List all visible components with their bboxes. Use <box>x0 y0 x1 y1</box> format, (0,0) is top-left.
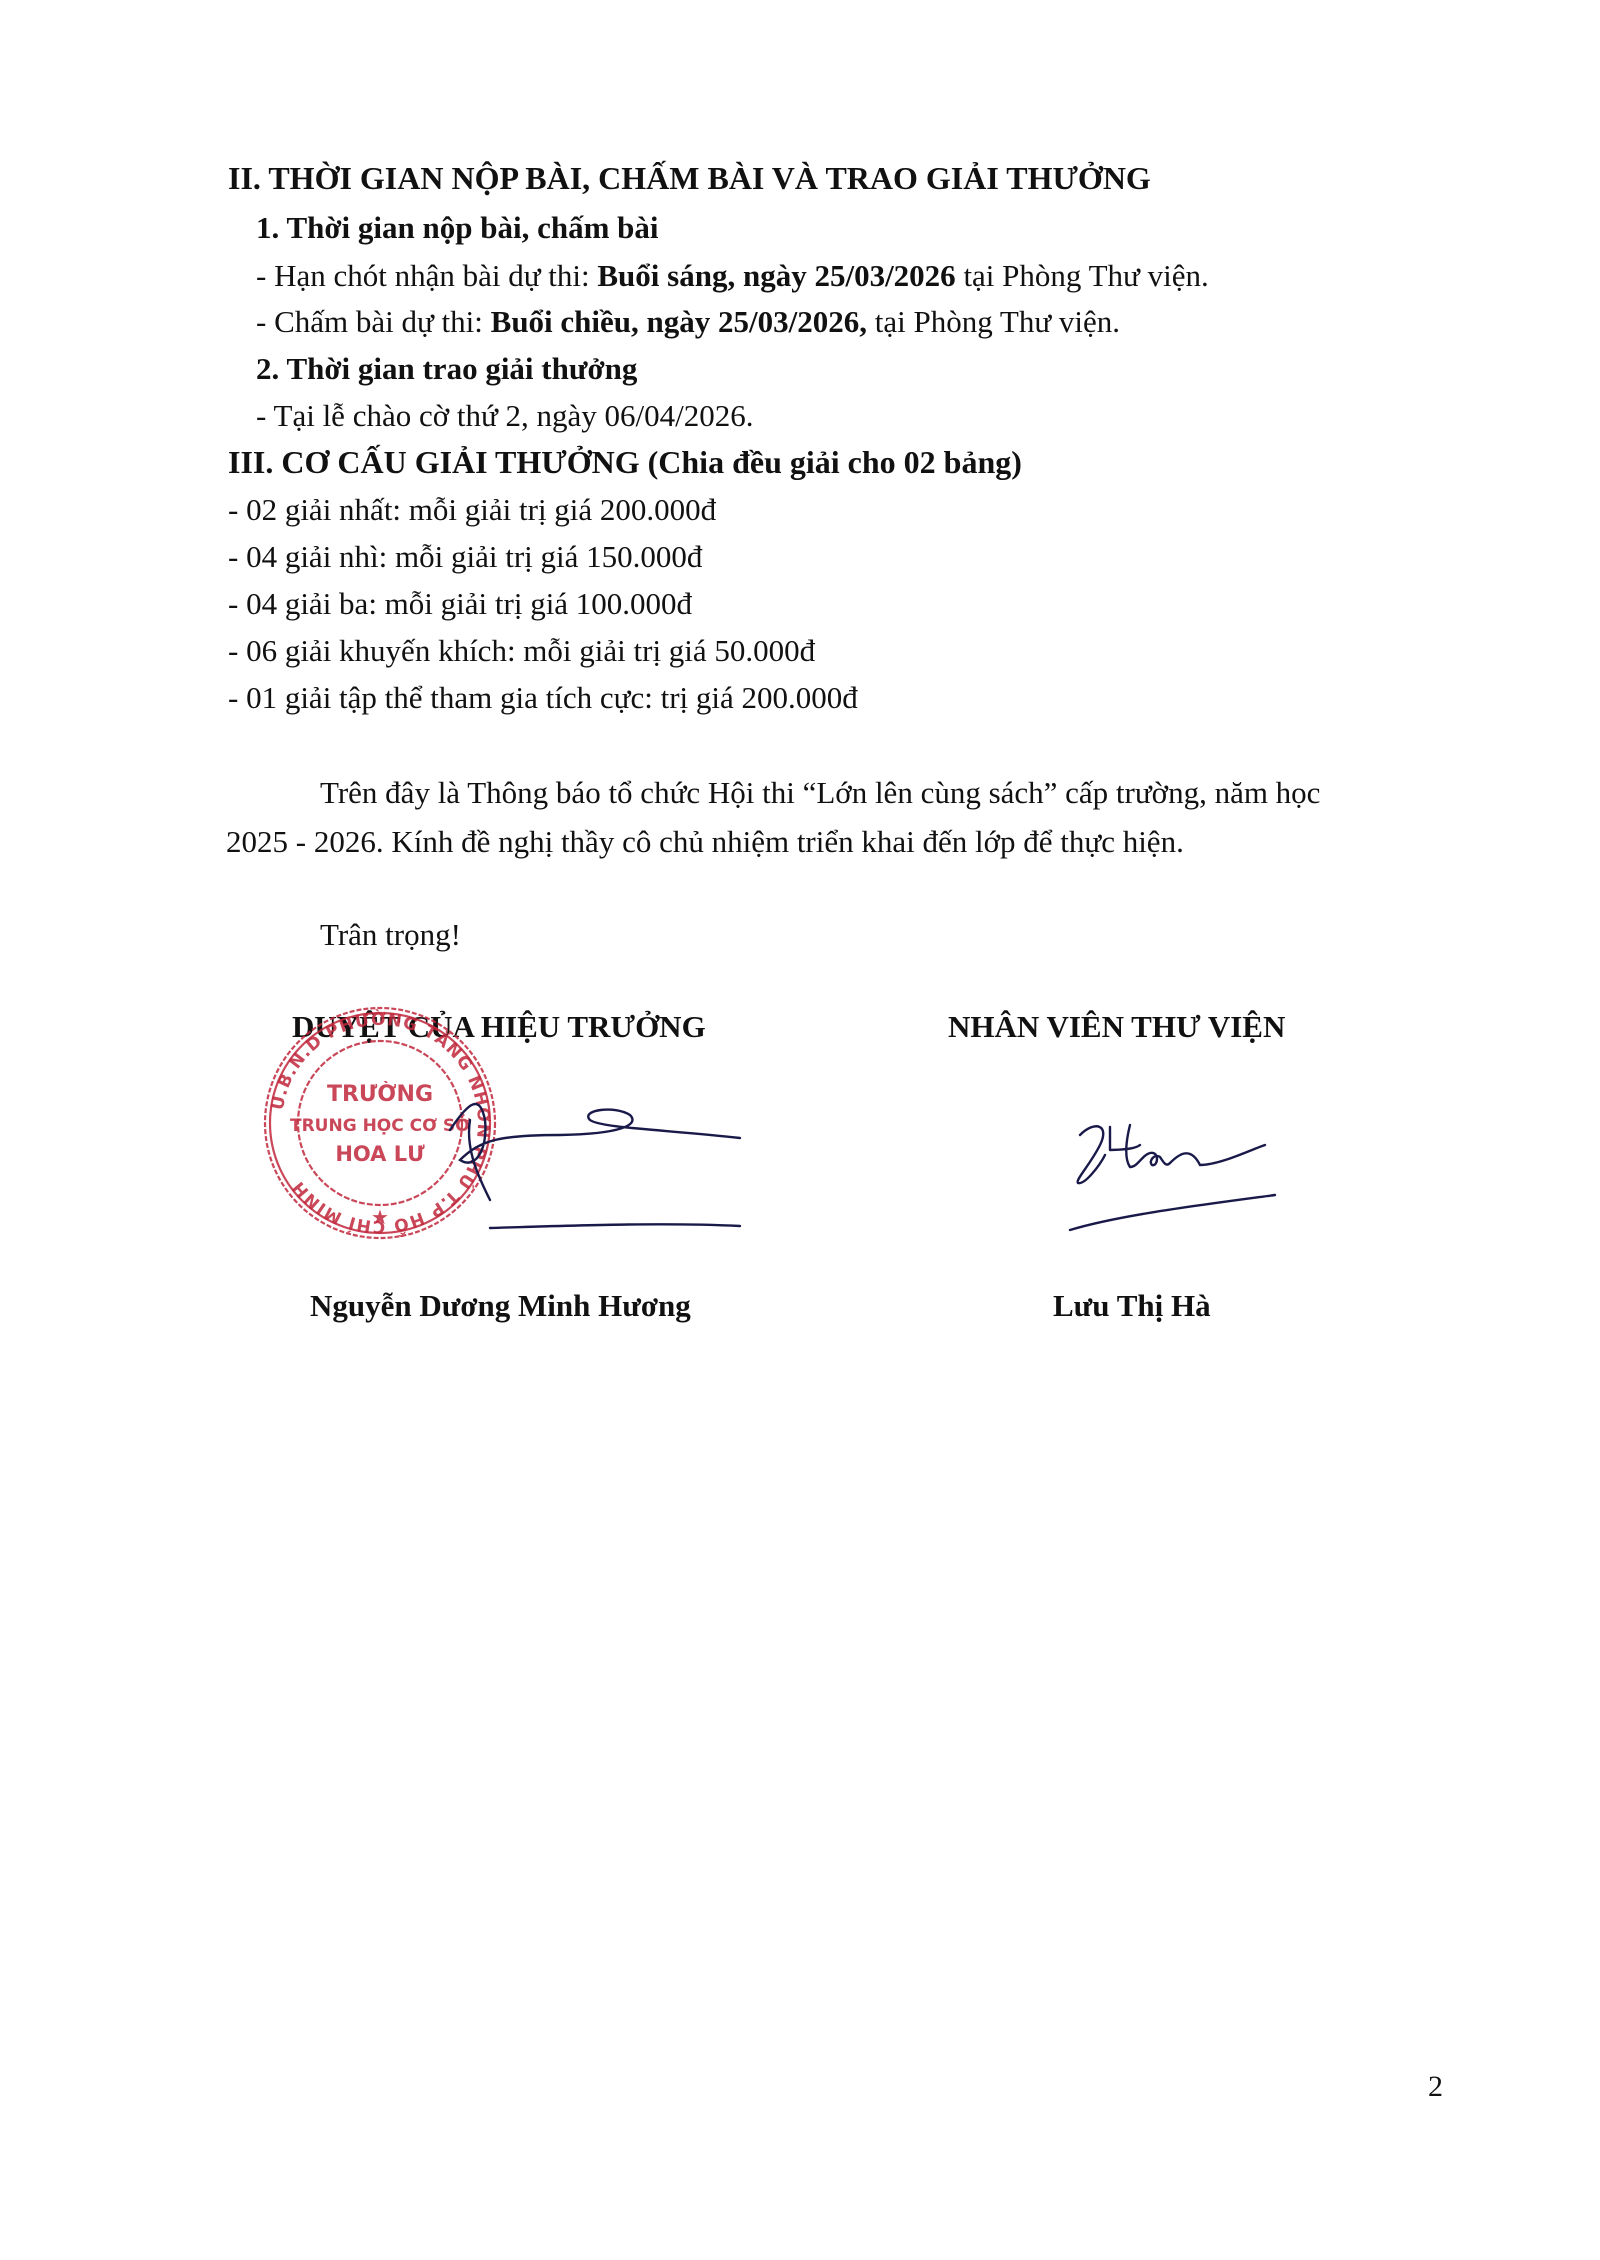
prize-item: - 04 giải nhì: mỗi giải trị giá 150.000đ <box>228 541 702 572</box>
librarian-title: NHÂN VIÊN THƯ VIỆN <box>948 1011 1285 1042</box>
principal-signature <box>440 1090 760 1240</box>
stamp-inner-line-3: HOA LƯ <box>335 1142 425 1166</box>
subsection-2-heading: 2. Thời gian trao giải thưởng <box>256 353 637 384</box>
closing-paragraph-line-1: Trên đây là Thông báo tổ chức Hội thi “L… <box>320 777 1320 808</box>
stamp-star-icon: ★ <box>371 1207 389 1229</box>
prize-item: - 01 giải tập thể tham gia tích cực: trị… <box>228 682 858 713</box>
librarian-signature <box>1060 1105 1280 1245</box>
prize-item: - 06 giải khuyến khích: mỗi giải trị giá… <box>228 635 815 666</box>
section-3-heading: III. CƠ CẤU GIẢI THƯỞNG (Chia đều giải c… <box>228 446 1022 478</box>
page-number: 2 <box>1428 2070 1443 2104</box>
subsection-1-heading: 1. Thời gian nộp bài, chấm bài <box>256 212 659 243</box>
principal-name: Nguyễn Dương Minh Hương <box>310 1290 691 1321</box>
grading-item: - Chấm bài dự thi: Buổi chiều, ngày 25/0… <box>256 306 1120 337</box>
librarian-name: Lưu Thị Hà <box>1053 1290 1211 1321</box>
stamp-inner-line-1: TRƯỜNG <box>327 1081 433 1107</box>
deadline-item: - Hạn chót nhận bài dự thi: Buổi sáng, n… <box>256 260 1209 291</box>
prize-item: - 02 giải nhất: mỗi giải trị giá 200.000… <box>228 494 716 525</box>
regards: Trân trọng! <box>320 919 461 950</box>
prize-item: - 04 giải ba: mỗi giải trị giá 100.000đ <box>228 588 692 619</box>
closing-paragraph-line-2: 2025 - 2026. Kính đề nghị thầy cô chủ nh… <box>226 826 1184 857</box>
award-ceremony-item: - Tại lễ chào cờ thứ 2, ngày 06/04/2026. <box>256 400 754 431</box>
section-2-heading: II. THỜI GIAN NỘP BÀI, CHẤM BÀI VÀ TRAO … <box>228 162 1151 194</box>
